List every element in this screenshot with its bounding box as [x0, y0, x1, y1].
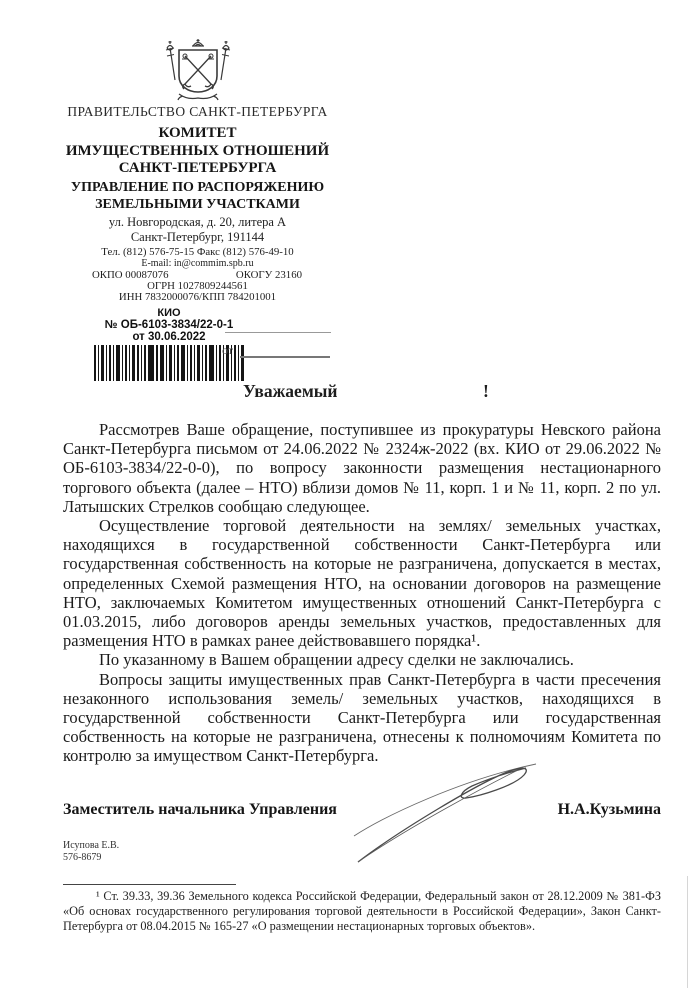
salutation-word: Уважаемый	[243, 381, 337, 402]
footnote-divider	[63, 884, 236, 885]
signer-name: Н.А.Кузьмина	[558, 801, 661, 819]
body-paragraph: Осуществление торговой деятельности на з…	[63, 516, 661, 650]
department-line: УПРАВЛЕНИЕ ПО РАСПОРЯЖЕНИЮ	[55, 179, 340, 196]
committee-name: КОМИТЕТ ИМУЩЕСТВЕННЫХ ОТНОШЕНИЙ САНКТ-ПЕ…	[55, 125, 340, 178]
committee-line: ИМУЩЕСТВЕННЫХ ОТНОШЕНИЙ	[55, 143, 340, 161]
signature-row: Заместитель начальника Управления Н.А.Ку…	[63, 801, 661, 819]
body-paragraph: Рассмотрев Ваше обращение, поступившее и…	[63, 420, 661, 516]
inn-kpp-code: ИНН 7832000076/КПП 784201001	[55, 291, 340, 303]
executor-name: Исупова Е.В.	[63, 840, 119, 852]
department-line: ЗЕМЕЛЬНЫМИ УЧАСТКАМИ	[55, 196, 340, 213]
stamp-number: № ОБ-6103-3834/22-0-1	[88, 319, 250, 331]
committee-line: КОМИТЕТ	[55, 125, 340, 143]
salutation-punct: !	[483, 381, 489, 402]
letter-body: Рассмотрев Ваше обращение, поступившее и…	[63, 420, 661, 766]
body-paragraph: По указанному в Вашем обращении адресу с…	[63, 650, 661, 669]
scan-artifact-line	[687, 876, 688, 988]
footnote: ¹ Ст. 39.33, 39.36 Земельного кодекса Ро…	[63, 889, 661, 933]
document-page: ПРАВИТЕЛЬСТВО САНКТ-ПЕТЕРБУРГА КОМИТЕТ И…	[0, 0, 700, 988]
government-title: ПРАВИТЕЛЬСТВО САНКТ-ПЕТЕРБУРГА	[55, 104, 340, 120]
stamp-org-abbr: КИО	[88, 307, 250, 319]
reference-number-line	[225, 332, 331, 333]
footnote-text: ¹ Ст. 39.33, 39.36 Земельного кодекса Ро…	[63, 889, 661, 933]
email: E-mail: in@commim.spb.ru	[55, 258, 340, 269]
executor-phone: 576-8679	[63, 852, 119, 864]
executor-block: Исупова Е.В. 576-8679	[63, 840, 119, 863]
coat-of-arms-icon	[55, 36, 340, 107]
reference-date-line	[240, 356, 330, 358]
address-city: Санкт-Петербург, 191144	[55, 230, 340, 245]
address-street: ул. Новгородская, д. 20, литера А	[55, 215, 340, 230]
committee-line: САНКТ-ПЕТЕРБУРГА	[55, 160, 340, 178]
department-name: УПРАВЛЕНИЕ ПО РАСПОРЯЖЕНИЮ ЗЕМЕЛЬНЫМИ УЧ…	[55, 179, 340, 213]
body-paragraph: Вопросы защиты имущественных прав Санкт-…	[63, 670, 661, 766]
reference-from-label: от	[222, 343, 233, 358]
phone-fax: Тел. (812) 576-75-15 Факс (812) 576-49-1…	[55, 246, 340, 258]
signer-position: Заместитель начальника Управления	[63, 801, 337, 819]
